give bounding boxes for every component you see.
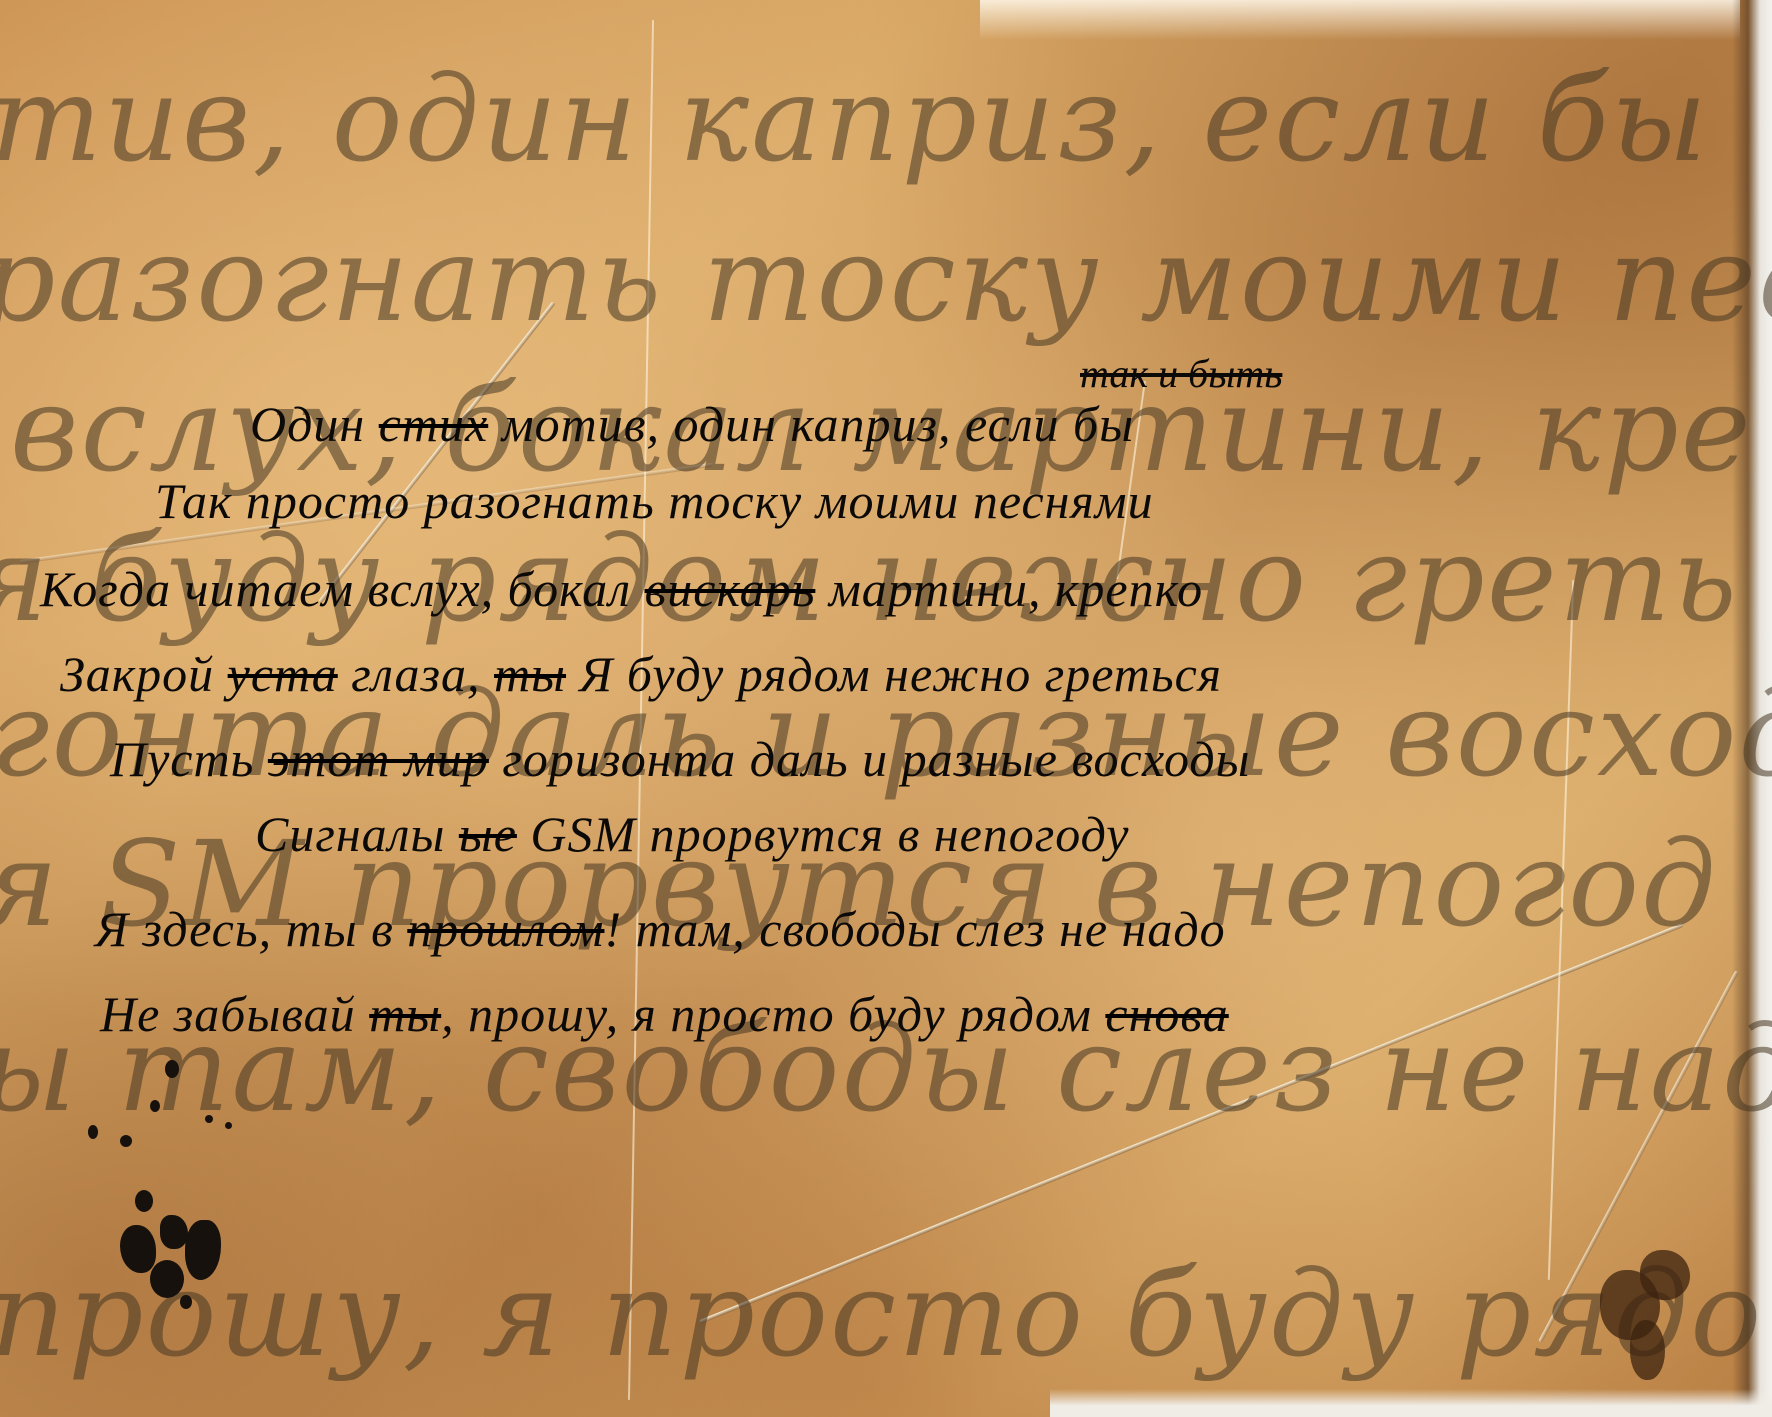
- insertion-above-line: так и быть: [1080, 350, 1282, 397]
- lyric-text: глаза,: [338, 646, 494, 702]
- paper-bottom-edge: [1050, 1389, 1772, 1417]
- lyric-text: Пусть: [110, 731, 268, 787]
- background-script-line: тив, один каприз, если бы: [0, 50, 1709, 188]
- struck-word: снова: [1105, 986, 1228, 1042]
- lyric-text: горизонта даль и разные восходы: [489, 731, 1251, 787]
- ink-splatter: [225, 1122, 232, 1129]
- struck-word: ые: [459, 806, 517, 862]
- lyric-line: Пусть этот мир горизонта даль и разные в…: [110, 730, 1251, 788]
- lyric-text: , прошу, я просто буду рядом: [441, 986, 1105, 1042]
- ink-splatter: [165, 1060, 179, 1078]
- struck-word: ты: [369, 986, 441, 1042]
- background-script-line: прошу, я просто буду рядо: [0, 1245, 1763, 1383]
- lyric-text: ! там, свободы слез не надо: [604, 901, 1225, 957]
- lyric-line: Один стих мотив, один каприз, если бы: [250, 395, 1134, 453]
- lyric-text: Один: [250, 396, 379, 452]
- ink-splatter: [150, 1260, 184, 1298]
- lyric-text: Так просто разогнать тоску моими песнями: [155, 473, 1154, 529]
- ink-splatter: [120, 1135, 132, 1147]
- ink-splatter: [205, 1115, 213, 1123]
- aged-paper-page: тив, один каприз, если бы разогнать тоск…: [0, 0, 1772, 1417]
- struck-word: стих: [379, 396, 489, 452]
- struck-word: этот мир: [268, 731, 489, 787]
- lyric-text: мартини, крепко: [815, 561, 1203, 617]
- struck-word: ты: [494, 646, 566, 702]
- lyric-text: Я буду рядом нежно греться: [566, 646, 1222, 702]
- lyric-text: Я здесь, ты в: [95, 901, 407, 957]
- ink-splatter: [180, 1295, 192, 1309]
- lyric-line: Не забывай ты, прошу, я просто буду рядо…: [100, 985, 1229, 1043]
- torn-top-edge: [980, 0, 1740, 40]
- ink-splatter: [88, 1125, 98, 1139]
- struck-word: вискарь: [645, 561, 816, 617]
- lyric-text: Закрой: [60, 646, 228, 702]
- lyric-text: Не забывай: [100, 986, 369, 1042]
- lyric-line: Сигналы ые GSM прорвутся в непогоду: [255, 805, 1129, 863]
- lyric-text: Когда читаем вслух, бокал: [40, 561, 645, 617]
- background-script-line: разогнать тоску моими песн: [0, 210, 1772, 348]
- coffee-stain: [1640, 1250, 1690, 1300]
- coffee-stain: [1630, 1320, 1665, 1380]
- struck-word: прошлом: [407, 901, 604, 957]
- lyric-line: Я здесь, ты в прошлом! там, свободы слез…: [95, 900, 1226, 958]
- lyric-line: Так просто разогнать тоску моими песнями: [155, 472, 1154, 530]
- ink-splatter: [160, 1215, 188, 1249]
- ink-splatter: [135, 1190, 153, 1212]
- lyric-text: Сигналы: [255, 806, 459, 862]
- struck-word: уста: [228, 646, 338, 702]
- lyric-text: GSM прорвутся в непогоду: [517, 806, 1130, 862]
- ink-splatter: [150, 1100, 160, 1112]
- lyric-line: Закрой уста глаза, ты Я буду рядом нежно…: [60, 645, 1222, 703]
- lyric-text: мотив, один каприз, если бы: [488, 396, 1134, 452]
- lyric-line: Когда читаем вслух, бокал вискарь мартин…: [40, 560, 1203, 618]
